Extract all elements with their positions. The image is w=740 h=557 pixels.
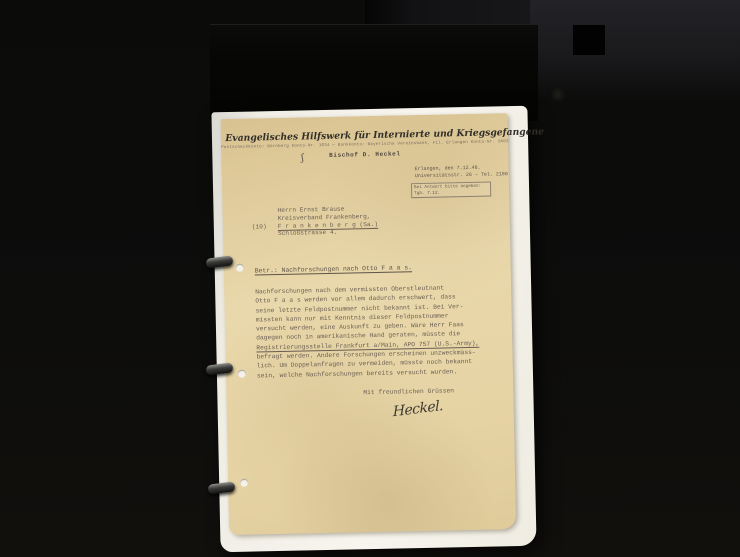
stand-slit: [573, 25, 605, 55]
reference-stamp: Bei Antwort bitte angeben: Tgb. 7.12.: [411, 182, 491, 199]
binder-stack: Evangelisches Hilfswerk für Internierte …: [211, 106, 536, 553]
background-panel: [520, 0, 740, 100]
postal-zone: (10): [252, 223, 267, 231]
stamp-line2: Tgb. 7.12.: [414, 189, 488, 196]
subject-line: Betr.: Nachforschungen nach Otto F a a s…: [255, 264, 412, 274]
recipient-city: F r a n k e n b e r g (Sa.): [278, 220, 378, 229]
dateline: Erlangen, den 7.12.48. Universitätsstr. …: [415, 164, 508, 179]
handwritten-signature: Heckel.: [393, 398, 443, 420]
letterhead-signatory: Bischof D. Heckel: [221, 148, 508, 161]
smudge: [550, 87, 566, 103]
letter-body: Nachforschungen nach dem vermissten Ober…: [255, 282, 495, 380]
punch-hole: [238, 370, 246, 378]
photo-backdrop: Evangelisches Hilfswerk für Internierte …: [0, 0, 740, 557]
recipient-street: Schloßstrasse 4.: [278, 228, 378, 238]
stamp-label: Tgb.: [414, 190, 424, 195]
street-phone: Universitätsstr. 26 — Tel. 2180: [415, 171, 508, 179]
punch-hole: [236, 264, 244, 272]
recipient-address: Herrn Ernst Brause Kreisverband Frankenb…: [277, 205, 378, 238]
closing-salutation: Mit freundlichen Grüssen: [363, 387, 454, 396]
punch-hole: [240, 479, 248, 487]
stamp-handwriting: 7.12.: [427, 190, 440, 195]
letter-document: Evangelisches Hilfswerk für Internierte …: [221, 113, 517, 535]
